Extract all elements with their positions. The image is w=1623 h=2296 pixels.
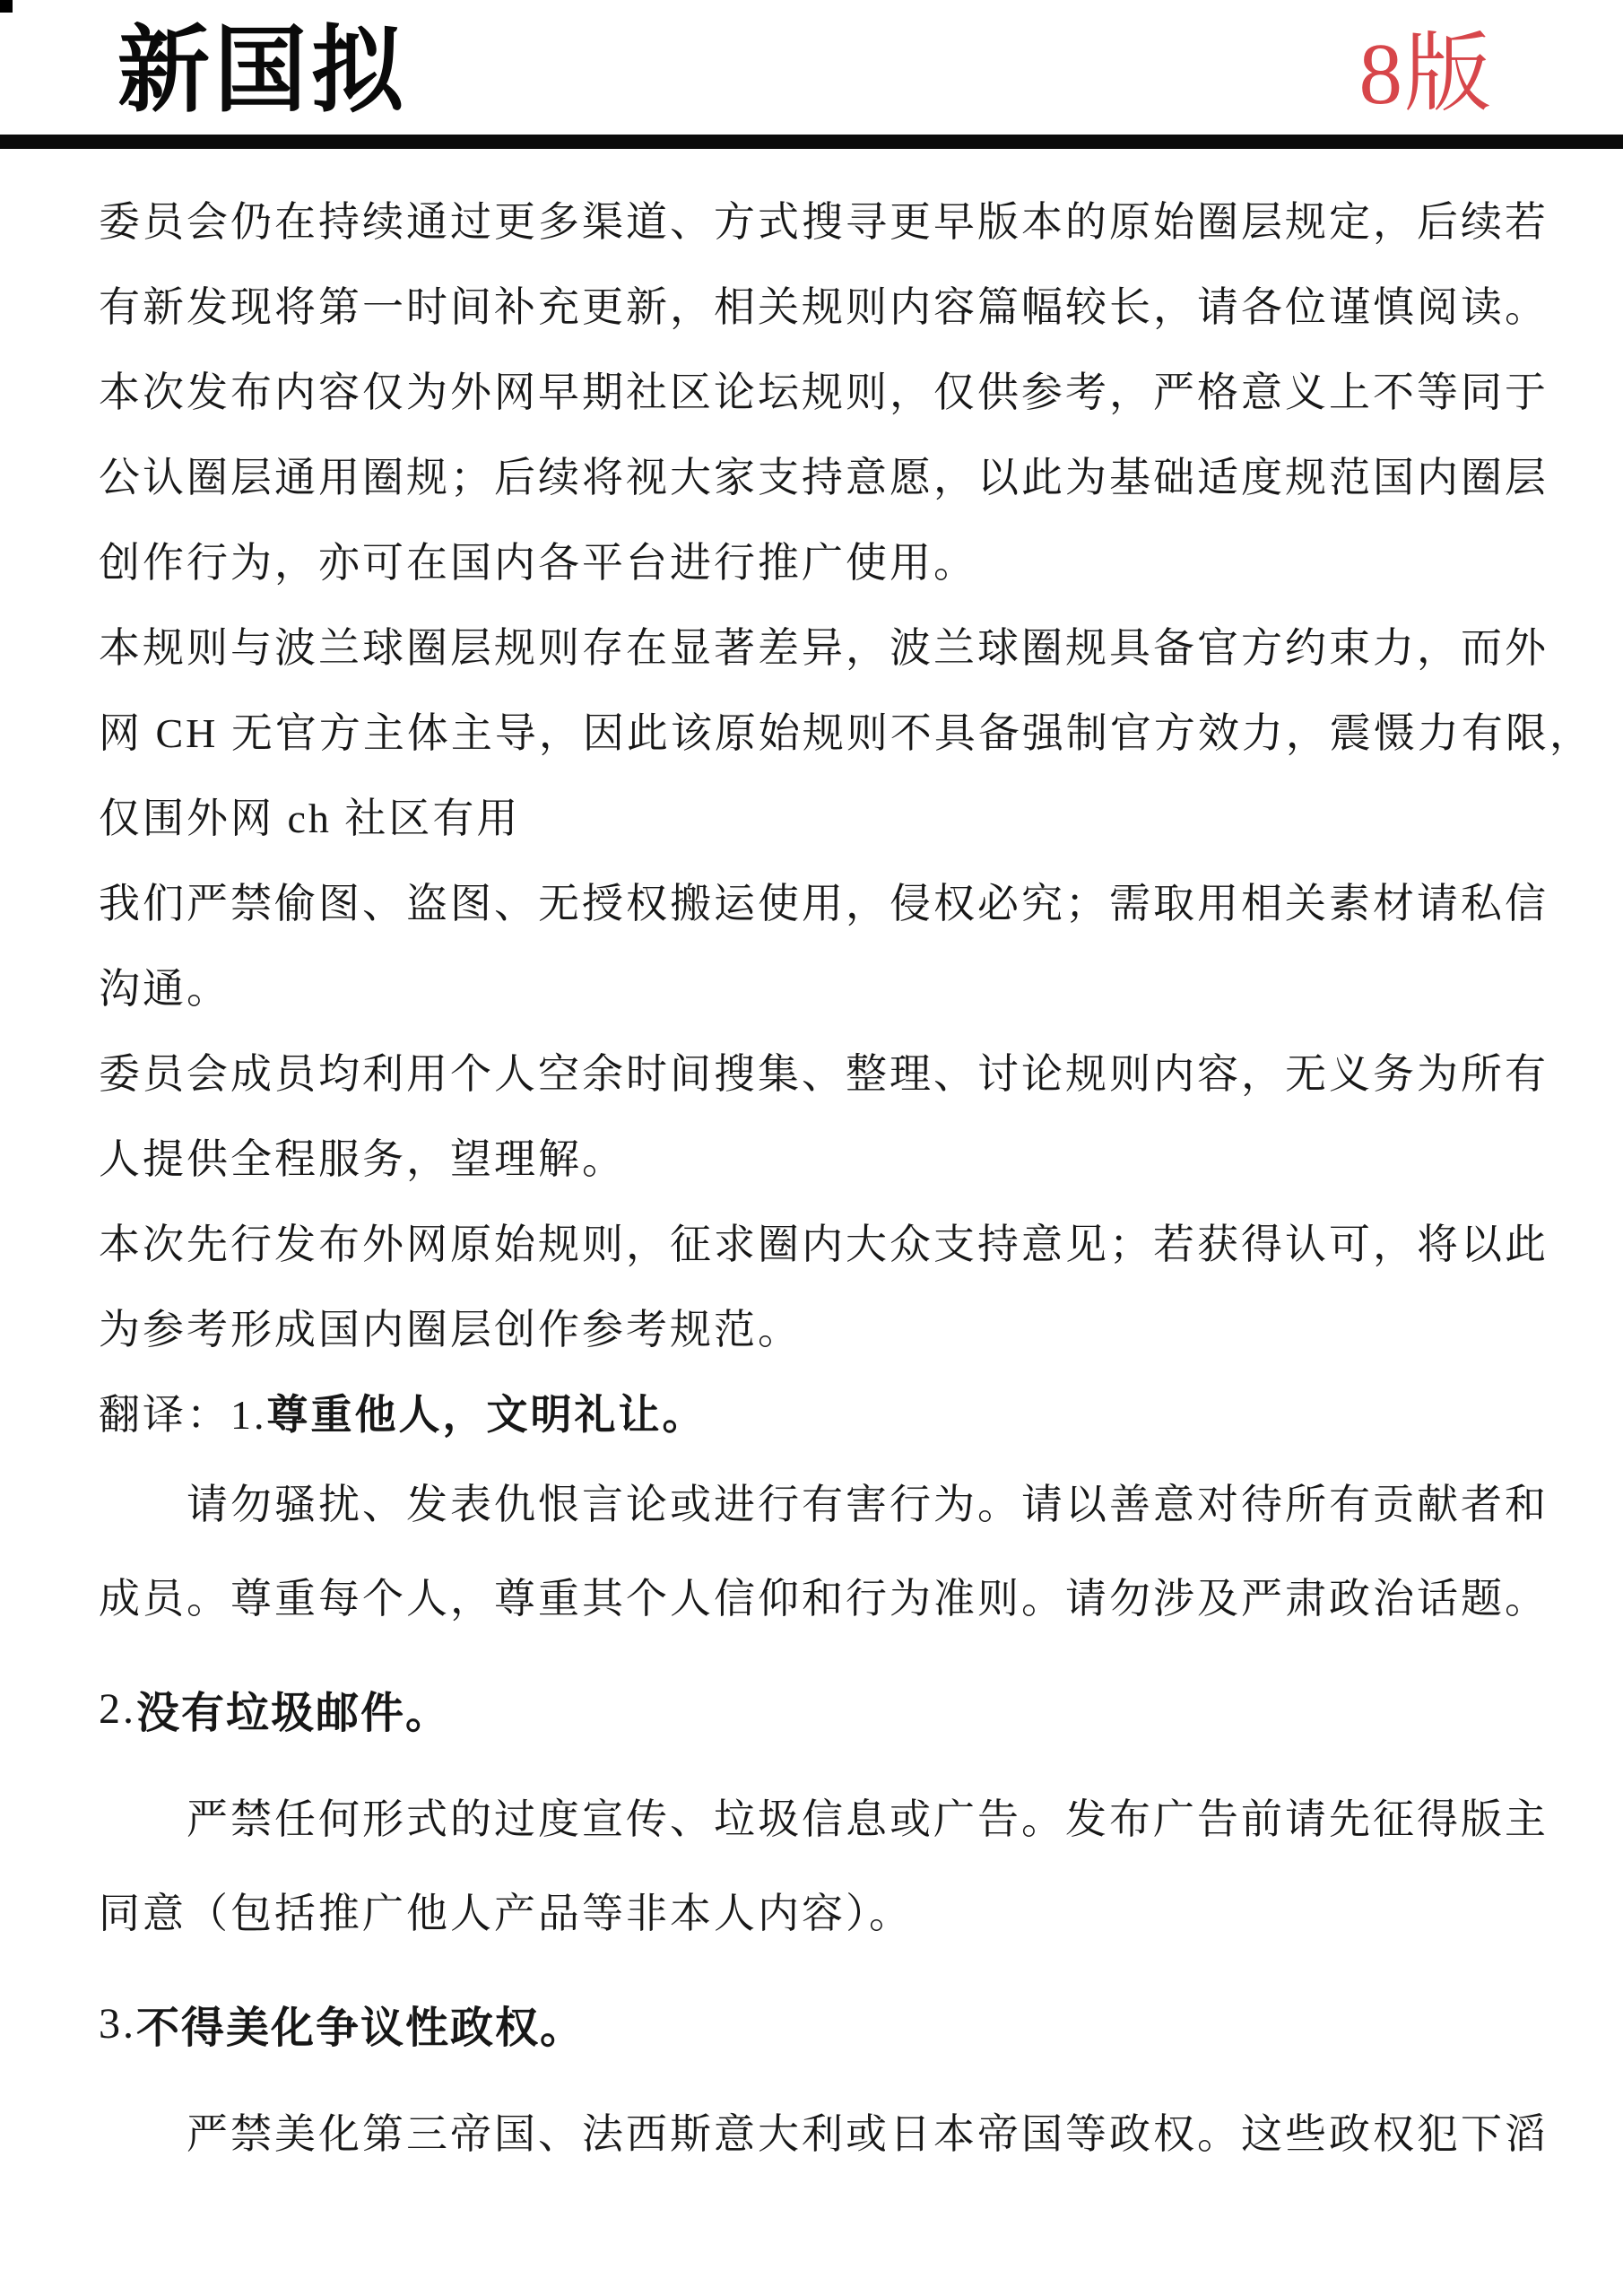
text-line: 人提供全程服务，望理解。 [99,1113,1566,1198]
text-line: 公认圈层通用圈规；后续将视大家支持意愿，以此为基础适度规范国内圈层 [99,431,1566,517]
line-text: 同意（包括推广他人产品等非本人内容）。 [99,1881,913,1940]
line-text: 沟通。 [99,956,230,1015]
text-line: 成员。尊重每个人，尊重其个人信仰和行为准则。请勿涉及严肃政治话题。 [99,1548,1566,1642]
line-text: 仅围外网 ch 社区有用 [99,786,520,845]
text-line: 本次发布内容仅为外网早期社区论坛规则，仅供参考，严格意义上不等同于 [99,346,1566,431]
line-text: 创作行为，亦可在国内各平台进行推广使用。 [99,530,977,589]
line-text: 有新发现将第一时间补充更新，相关规则内容篇幅较长，请各位谨慎阅读。 [99,274,1549,334]
text-line: 委员会仍在持续通过更多渠道、方式搜寻更早版本的原始圈层规定，后续若 [99,176,1566,261]
line-text: 本规则与波兰球圈层规则存在显著差异，波兰球圈规具备官方约束力，而外 [99,615,1549,674]
text-line: 沟通。 [99,943,1566,1028]
text-line: 我们严禁偷图、盗图、无授权搬运使用，侵权必究；需取用相关素材请私信 [99,857,1566,943]
rule-2-heading: 2.没有垃圾邮件。 [99,1662,1566,1756]
line-text: 严禁美化第三帝国、法西斯意大利或日本帝国等政权。这些政权犯下滔 [187,2101,1549,2161]
text-line: 创作行为，亦可在国内各平台进行推广使用。 [99,517,1566,602]
rule-number: 3. [99,1999,136,2048]
text-line: 为参考形成国内圈层创作参考规范。 [99,1283,1566,1369]
text-line: 严禁任何形式的过度宣传、垃圾信息或广告。发布广告前请先征得版主 [99,1769,1566,1863]
text-line: 本规则与波兰球圈层规则存在显著差异，波兰球圈规具备官方约束力，而外 [99,602,1566,687]
rule-1-title: 尊重他人，文明礼让。 [267,1382,707,1441]
text-line: 本次先行发布外网原始规则，征求圈内大众支持意见；若获得认可，将以此 [99,1198,1566,1283]
rule-3-heading: 3.不得美化争议性政权。 [99,1977,1566,2071]
line-text: 网 CH 无官方主体主导，因此该原始规则不具备强制官方效力，震慑力有限， [99,700,1593,760]
text-line: 同意（包括推广他人产品等非本人内容）。 [99,1863,1566,1957]
line-text: 翻译：1. [99,1382,267,1441]
line-text: 人提供全程服务，望理解。 [99,1126,626,1186]
text-line: 网 CH 无官方主体主导，因此该原始规则不具备强制官方效力，震慑力有限， [99,687,1566,772]
line-text: 请勿骚扰、发表仇恨言论或进行有害行为。请以善意对待所有贡献者和 [187,1472,1549,1531]
scan-corner-mark [0,0,13,13]
text-line: 委员会成员均利用个人空余时间搜集、整理、讨论规则内容，无义务为所有 [99,1028,1566,1113]
text-line-translation-heading: 翻译：1.尊重他人，文明礼让。 [99,1369,1566,1454]
article-body: 委员会仍在持续通过更多渠道、方式搜寻更早版本的原始圈层规定，后续若 有新发现将第… [99,176,1566,2178]
text-line: 有新发现将第一时间补充更新，相关规则内容篇幅较长，请各位谨慎阅读。 [99,261,1566,346]
line-text: 本次发布内容仅为外网早期社区论坛规则，仅供参考，严格意义上不等同于 [99,360,1549,419]
line-text: 成员。尊重每个人，尊重其个人信仰和行为准则。请勿涉及严肃政治话题。 [99,1566,1549,1625]
rule-number: 2. [99,1684,136,1734]
line-text: 为参考形成国内圈层创作参考规范。 [99,1297,802,1356]
line-text: 严禁任何形式的过度宣传、垃圾信息或广告。发布广告前请先征得版主 [187,1787,1549,1846]
newspaper-page: { "page": { "masthead": "新国拟", "edition"… [0,0,1623,2296]
line-text: 委员会仍在持续通过更多渠道、方式搜寻更早版本的原始圈层规定，后续若 [99,189,1549,248]
edition-number: 8版 [1359,27,1494,122]
line-text: 我们严禁偷图、盗图、无授权搬运使用，侵权必究；需取用相关素材请私信 [99,871,1549,930]
header-rule [0,135,1623,149]
line-text: 委员会成员均利用个人空余时间搜集、整理、讨论规则内容，无义务为所有 [99,1041,1549,1100]
rule-2-title: 没有垃圾邮件。 [136,1678,450,1740]
line-text: 公认圈层通用圈规；后续将视大家支持意愿，以此为基础适度规范国内圈层 [99,445,1549,504]
masthead-title: 新国拟 [117,15,408,126]
line-text: 本次先行发布外网原始规则，征求圈内大众支持意见；若获得认可，将以此 [99,1212,1549,1271]
text-line: 请勿骚扰、发表仇恨言论或进行有害行为。请以善意对待所有贡献者和 [99,1454,1566,1548]
rule-3-title: 不得美化争议性政权。 [136,1993,585,2055]
text-line: 仅围外网 ch 社区有用 [99,772,1566,857]
text-line: 严禁美化第三帝国、法西斯意大利或日本帝国等政权。这些政权犯下滔 [99,2083,1566,2178]
